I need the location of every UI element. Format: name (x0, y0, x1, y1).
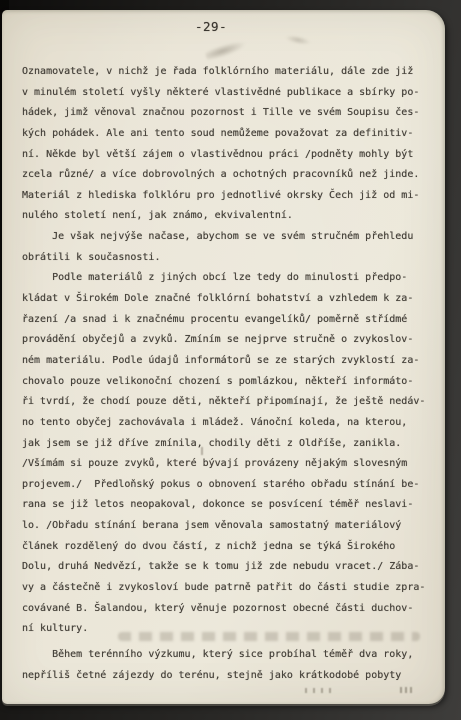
faint-scanner-artifact (305, 688, 331, 693)
text-line: vy a částečně i zvykosloví bude patrně p… (22, 578, 432, 599)
text-line: ní. Někde byl větší zájem o vlastivědnou… (22, 145, 432, 166)
page-number: -29- (195, 19, 227, 34)
stray-ink-mark (201, 447, 203, 455)
text-line: Materiál z hlediska folklóru pro jednotl… (22, 186, 432, 207)
text-line: Dolu, druhá Nedvězí, takže se k tomu již… (22, 557, 432, 578)
text-line: no tento obyčej zachovávala i mládež. Vá… (22, 413, 432, 434)
typewritten-text-block: Oznamovatele, v nichž je řada folklórníh… (22, 62, 432, 686)
text-line: hádek, jimž věnoval značnou pozornost i … (22, 103, 432, 124)
paper-smudge (204, 38, 248, 62)
text-line: rana se již letos neopakoval, dokonce se… (22, 495, 432, 516)
text-line: projevem./ Předloňský pokus o obnovení s… (22, 475, 432, 496)
text-line: Během terénního výzkumu, který sice prob… (22, 645, 432, 666)
text-line: ři tvrdí, že chodí pouze děti, někteří p… (22, 392, 432, 413)
scanned-document-photo: { "page": { "number_label": "-29-", "lin… (0, 0, 461, 720)
text-line: chovalo pouze velikonoční chození s poml… (22, 372, 432, 393)
text-line: obrátili k současnosti. (22, 248, 432, 269)
text-line: ném materiálu. Podle údajů informátorů s… (22, 351, 432, 372)
paper-smudge (284, 33, 311, 46)
text-line: Je však nejvýše načase, abychom se ve sv… (22, 227, 432, 248)
text-line: jak jsem se již dříve zmínila, chodily d… (22, 434, 432, 455)
text-line: kládat v Širokém Dole značné folklórní b… (22, 289, 432, 310)
text-line: covávané B. Šalandou, který věnuje pozor… (22, 599, 432, 620)
text-line: článek rozdělený do dvou částí, z nichž … (22, 537, 432, 558)
text-line: zcela různé/ a více dobrovolných a ochot… (22, 165, 432, 186)
ink-bleed-through-ghost-text (118, 632, 420, 641)
text-line: nulého století není, jak známo, ekvivale… (22, 206, 432, 227)
text-line: provádění obyčejů a zvyků. Zmíním se nej… (22, 330, 432, 351)
text-line: v minulém století vyšly některé vlastivě… (22, 83, 432, 104)
text-line: /Všímám si pouze zvyků, které bývají pro… (22, 454, 432, 475)
text-line: lo. /Obřadu stínání berana jsem věnovala… (22, 516, 432, 537)
text-line: Oznamovatele, v nichž je řada folklórníh… (22, 62, 432, 83)
text-line: kých pohádek. Ale ani tento soud nemůžem… (22, 124, 432, 145)
text-line: nepříliš četné zájezdy do terénu, stejně… (22, 666, 432, 687)
text-line: řazení /a snad i k značnému procentu eva… (22, 310, 432, 331)
faint-scanner-artifact (400, 687, 412, 693)
document-page: -29- Oznamovatele, v nichž je řada folkl… (2, 10, 445, 704)
text-line: Podle materiálů z jiných obcí lze tedy d… (22, 268, 432, 289)
